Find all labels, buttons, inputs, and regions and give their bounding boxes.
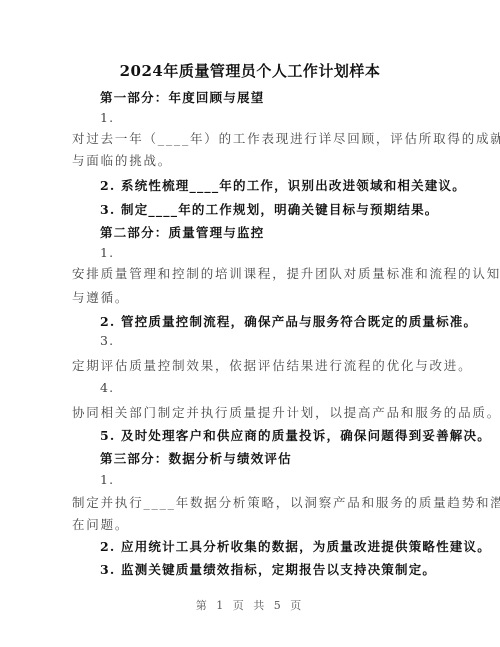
list-item: 2. 应用统计工具分析收集的数据，为质量改进提供策略性建议。 <box>100 537 491 555</box>
list-number: 3. <box>100 333 114 348</box>
section-heading-1: 第一部分：年度回顾与展望 <box>100 88 264 106</box>
section-heading-2: 第二部分：质量管理与监控 <box>100 223 264 241</box>
paragraph-line: 在问题。 <box>72 515 129 533</box>
paragraph-line: 安排质量管理和控制的培训课程，提升团队对质量标准和流程的认知 <box>72 264 500 282</box>
paragraph-line: 定期评估质量控制效果，依据评估结果进行流程的优化与改进。 <box>72 356 472 374</box>
paragraph-line: 协同相关部门制定并执行质量提升计划，以提高产品和服务的品质。 <box>72 403 500 421</box>
paragraph-line: 制定并执行____年数据分析策略，以洞察产品和服务的质量趋势和潜 <box>72 493 500 511</box>
list-item: 3. 制定____年的工作规划，明确关键目标与预期结果。 <box>100 200 439 218</box>
list-number: 4. <box>100 380 114 395</box>
list-item: 2. 管控质量控制流程，确保产品与服务符合既定的质量标准。 <box>100 312 477 330</box>
list-item: 3. 监测关键质量绩效指标，定期报告以支持决策制定。 <box>100 560 436 578</box>
document-title: 2024年质量管理员个人工作计划样本 <box>0 60 500 81</box>
paragraph-line: 与遵循。 <box>72 288 129 306</box>
list-number: 1. <box>100 245 114 260</box>
list-item: 5. 及时处理客户和供应商的质量投诉，确保问题得到妥善解决。 <box>100 426 491 444</box>
section-heading-3: 第三部分：数据分析与绩效评估 <box>100 449 292 467</box>
list-number: 1. <box>100 472 114 487</box>
list-number: 1. <box>100 110 114 125</box>
paragraph-line: 对过去一年（____年）的工作表现进行详尽回顾，评估所取得的成就 <box>72 129 500 147</box>
list-item: 2. 系统性梳理____年的工作，识别出改进领域和相关建议。 <box>100 176 466 194</box>
page-footer: 第 1 页 共 5 页 <box>0 597 500 613</box>
paragraph-line: 与面临的挑战。 <box>72 151 172 169</box>
document-page: 2024年质量管理员个人工作计划样本 第一部分：年度回顾与展望 1. 对过去一年… <box>0 0 500 647</box>
